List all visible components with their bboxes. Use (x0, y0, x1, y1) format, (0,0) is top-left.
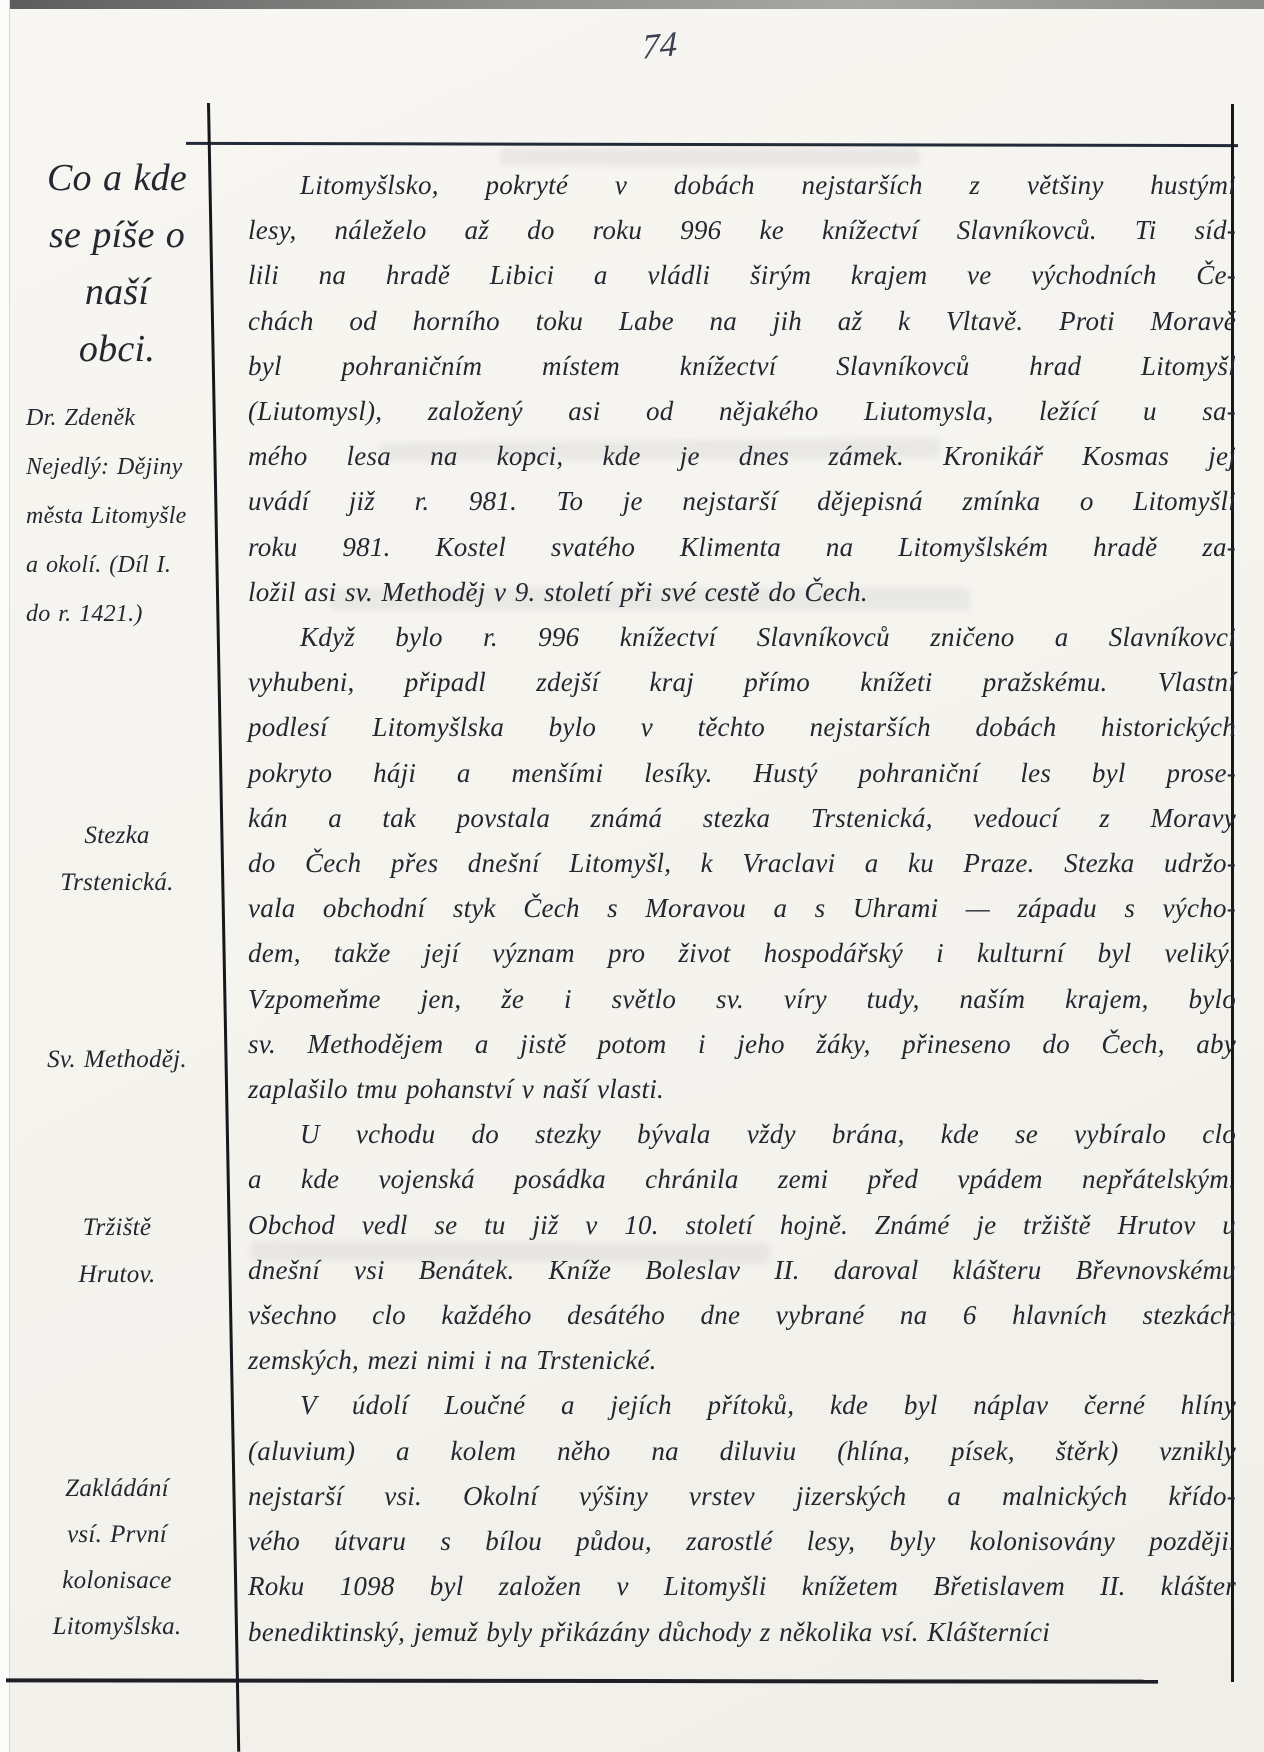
text-line: U vchodu do stezky bývala vždy brána, kd… (248, 1112, 1236, 1157)
margin-note-zakladani-vsi: Zakládánívsí. PrvníkolonisaceLitomyšlska… (20, 1466, 214, 1650)
text-line: vala obchodní styk Čech s Moravou a s Uh… (248, 886, 1236, 931)
text-line: zaplašilo tmu pohanství v naší vlasti. (248, 1067, 1236, 1112)
text-line: kán a tak povstala známá stezka Trstenic… (248, 796, 1236, 841)
text-line: Sv. Methoděj. (20, 1036, 214, 1083)
text-line: sv. Methodějem a jistě potom i jeho žáky… (248, 1022, 1236, 1067)
text-line: Co a kde (20, 150, 214, 207)
text-line: vsí. První (20, 1512, 214, 1558)
scan-left-edge (0, 0, 10, 1752)
text-line: a okolí. (Díl I. (26, 541, 222, 590)
text-line: Hrutov. (20, 1251, 214, 1298)
text-line: benediktinský, jemuž byly přikázány důch… (248, 1610, 1236, 1655)
text-line: roku 981. Kostel svatého Klimenta na Lit… (248, 525, 1236, 570)
text-line: (Liutomysl), založený asi od nějakého Li… (248, 389, 1236, 434)
text-line: pokryto háji a menšími lesíky. Hustý poh… (248, 751, 1236, 796)
text-line: ložil asi sv. Methoděj v 9. století při … (248, 570, 1236, 615)
text-line: Tržiště (20, 1204, 214, 1251)
text-line: vého útvaru s bílou půdou, zarostlé lesy… (248, 1519, 1236, 1564)
paragraph-stezka-trstenicka: Když bylo r. 996 knížectví Slavníkovců z… (248, 615, 1236, 1112)
text-line: obci. (20, 321, 214, 378)
text-line: zemských, mezi nimi i na Trstenické. (248, 1338, 1236, 1383)
bottom-ruled-line (6, 1678, 1158, 1683)
text-line: dnešní vsi Benátek. Kníže Boleslav II. d… (248, 1248, 1236, 1293)
text-line: dem, takže její význam pro život hospodá… (248, 931, 1236, 976)
text-line: do Čech přes dnešní Litomyšl, k Vraclavi… (248, 841, 1236, 886)
text-line: všechno clo každého desátého dne vybrané… (248, 1293, 1236, 1338)
text-line: Vzpomeňme jen, že i světlo sv. víry tudy… (248, 977, 1236, 1022)
text-line: Obchod vedl se tu již v 10. století hojn… (248, 1203, 1236, 1248)
text-line: a kde vojenská posádka chránila zemi pře… (248, 1157, 1236, 1202)
text-line: Dr. Zdeněk (26, 394, 222, 443)
text-line: (aluvium) a kolem něho na diluviu (hlína… (248, 1429, 1236, 1474)
margin-source-reference: Dr. ZdeněkNejedlý: Dějinyměsta Litomyšle… (26, 394, 222, 639)
page-number: 74 (642, 24, 677, 68)
text-line: Zakládání (20, 1466, 214, 1512)
text-line: do r. 1421.) (26, 590, 222, 639)
text-line: Trstenická. (20, 859, 214, 906)
text-line: Stezka (20, 812, 214, 859)
text-line: Litomyšlska. (20, 1604, 214, 1650)
margin-note-sv-methodej: Sv. Methoděj. (20, 1036, 214, 1083)
text-line: Když bylo r. 996 knížectví Slavníkovců z… (248, 615, 1236, 660)
text-line: Litomyšlsko, pokryté v dobách nejstaršíc… (248, 163, 1236, 208)
text-line: naší (20, 264, 214, 321)
chronicle-body-text: Litomyšlsko, pokryté v dobách nejstaršíc… (248, 163, 1236, 1655)
text-line: podlesí Litomyšlska bylo v těchto nejsta… (248, 705, 1236, 750)
text-line: kolonisace (20, 1558, 214, 1604)
text-line: vyhubeni, připadl zdejší kraj přímo kníž… (248, 660, 1236, 705)
top-ruled-line (186, 142, 1238, 147)
text-line: V údolí Loučné a jejích přítoků, kde byl… (248, 1383, 1236, 1428)
paragraph-slavnikovci: Litomyšlsko, pokryté v dobách nejstaršíc… (248, 163, 1236, 615)
text-line: Nejedlý: Dějiny (26, 443, 222, 492)
text-line: chách od horního toku Labe na jih až k V… (248, 299, 1236, 344)
text-line: lesy, náleželo až do roku 996 ke knížect… (248, 208, 1236, 253)
text-line: uvádí již r. 981. To je nejstarší dějepi… (248, 479, 1236, 524)
scan-top-edge (0, 0, 1264, 9)
margin-heading: Co a kdese píše onašíobci. (20, 150, 214, 378)
margin-note-trziste-hrutov: TržištěHrutov. (20, 1204, 214, 1298)
paragraph-zakladani-vsi: V údolí Loučné a jejích přítoků, kde byl… (248, 1383, 1236, 1654)
text-line: nejstarší vsi. Okolní výšiny vrstev jize… (248, 1474, 1236, 1519)
paragraph-trziste-hrutov: U vchodu do stezky bývala vždy brána, kd… (248, 1112, 1236, 1383)
text-line: lili na hradě Libici a vládli širým kraj… (248, 253, 1236, 298)
scanned-chronicle-page: 74 Co a kdese píše onašíobci. Dr. Zdeněk… (0, 0, 1264, 1752)
text-line: města Litomyšle (26, 492, 222, 541)
text-line: se píše o (20, 207, 214, 264)
text-line: byl pohraničním místem knížectví Slavník… (248, 344, 1236, 389)
text-line: Roku 1098 byl založen v Litomyšli knížet… (248, 1564, 1236, 1609)
text-line: mého lesa na kopci, kde je dnes zámek. K… (248, 434, 1236, 479)
margin-note-stezka-trstenicka: StezkaTrstenická. (20, 812, 214, 906)
